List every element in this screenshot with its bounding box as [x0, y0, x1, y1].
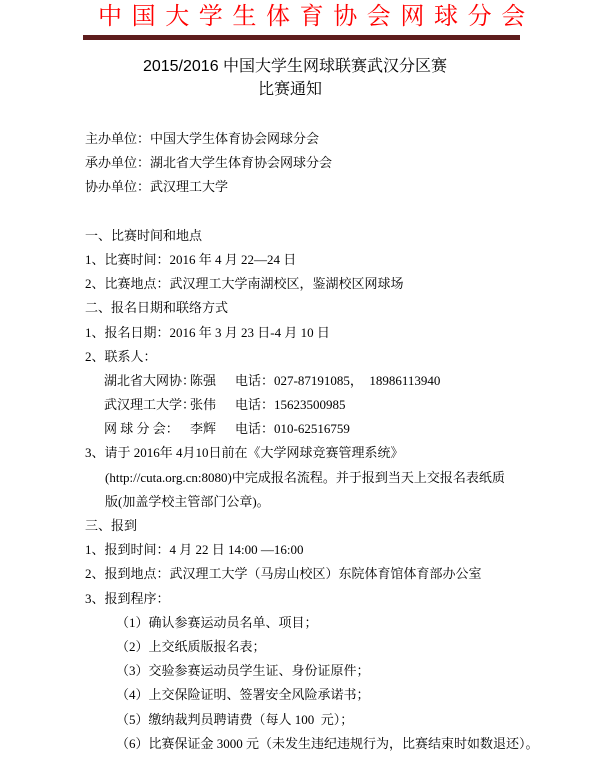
org-letterhead-title: 中国大学生体育协会网球分会 [98, 2, 535, 30]
contact-row: 武汉理工大学：张伟电话：15623500985 [85, 393, 539, 417]
letterhead-rule [83, 35, 520, 40]
organizer-value: 武汉理工大学 [150, 179, 228, 194]
organizer-label: 协办单位： [85, 179, 150, 194]
notice-body: 主办单位：中国大学生体育协会网球分会 承办单位：湖北省大学生体育协会网球分会 协… [85, 127, 539, 756]
contact-phone: 010-62516759 [274, 421, 350, 436]
organizer-label: 承办单位： [85, 155, 150, 170]
match-venue: 2、比赛地点：武汉理工大学南湖校区，鉴湖校区网球场 [85, 272, 539, 296]
organizer-host: 主办单位：中国大学生体育协会网球分会 [85, 127, 539, 151]
contact-phone: 027-87191085， 18986113940 [274, 373, 440, 388]
check-in-procedure-label: 3、报到程序： [85, 587, 539, 611]
organizer-value: 湖北省大学生体育协会网球分会 [150, 155, 332, 170]
procedure-step: （6）比赛保证金 3000 元（未发生违纪违规行为，比赛结束时如数退还）。 [85, 732, 539, 756]
contact-phone-label: 电话： [235, 397, 274, 412]
procedure-step: （5）缴纳裁判员聘请费（每人 100 元）； [85, 708, 539, 732]
contact-phone-label: 电话： [235, 421, 274, 436]
registration-date: 1、报名日期：2016 年 3 月 23 日-4 月 10 日 [85, 321, 539, 345]
check-in-time: 1、报到时间：4 月 22 日 14:00 —16:00 [85, 538, 539, 562]
organizer-co: 协办单位：武汉理工大学 [85, 175, 539, 199]
registration-system-url-line: (http://cuta.org.cn:8080)中完成报名流程。并于报到当天上… [85, 466, 539, 490]
contact-name: 陈强 [190, 369, 235, 393]
section-heading-check-in: 三、报到 [85, 514, 539, 538]
procedure-step: （3）交验参赛运动员学生证、身份证原件； [85, 659, 539, 683]
section-heading-time-venue: 一、比赛时间和地点 [85, 224, 539, 248]
blank-line [85, 200, 539, 224]
check-in-location: 2、报到地点：武汉理工大学（马房山校区）东院体育馆体育部办公室 [85, 562, 539, 586]
organizer-undertaker: 承办单位：湖北省大学生体育协会网球分会 [85, 151, 539, 175]
contact-org: 湖北省大网协： [104, 369, 190, 393]
notice-subtitle: 比赛通知 [0, 80, 580, 100]
contact-name: 张伟 [190, 393, 235, 417]
notice-title: 2015/2016 中国大学生网球联赛武汉分区赛 [0, 57, 590, 77]
contacts-label: 2、联系人： [85, 345, 539, 369]
organizer-value: 中国大学生体育协会网球分会 [150, 131, 319, 146]
contact-row: 网 球 分 会：李辉电话：010-62516759 [85, 417, 539, 441]
match-time: 1、比赛时间：2016 年 4 月 22—24 日 [85, 248, 539, 272]
organizer-label: 主办单位： [85, 131, 150, 146]
contact-phone-label: 电话： [235, 373, 274, 388]
contact-name: 李辉 [190, 417, 235, 441]
contact-phone: 15623500985 [274, 397, 346, 412]
contact-org: 网 球 分 会： [104, 417, 190, 441]
online-registration-instruction: 3、请于 2016年 4月10日前在《大学网球竞赛管理系统》 [85, 441, 539, 465]
procedure-step: （1）确认参赛运动员名单、项目； [85, 611, 539, 635]
procedure-step: （2）上交纸质版报名表； [85, 635, 539, 659]
contact-row: 湖北省大网协：陈强电话：027-87191085， 18986113940 [85, 369, 539, 393]
section-heading-registration: 二、报名日期和联络方式 [85, 296, 539, 320]
registration-instruction-continued: 版(加盖学校主管部门公章)。 [85, 490, 539, 514]
procedure-step: （4）上交保险证明、签署安全风险承诺书； [85, 683, 539, 707]
contact-org: 武汉理工大学： [104, 393, 190, 417]
